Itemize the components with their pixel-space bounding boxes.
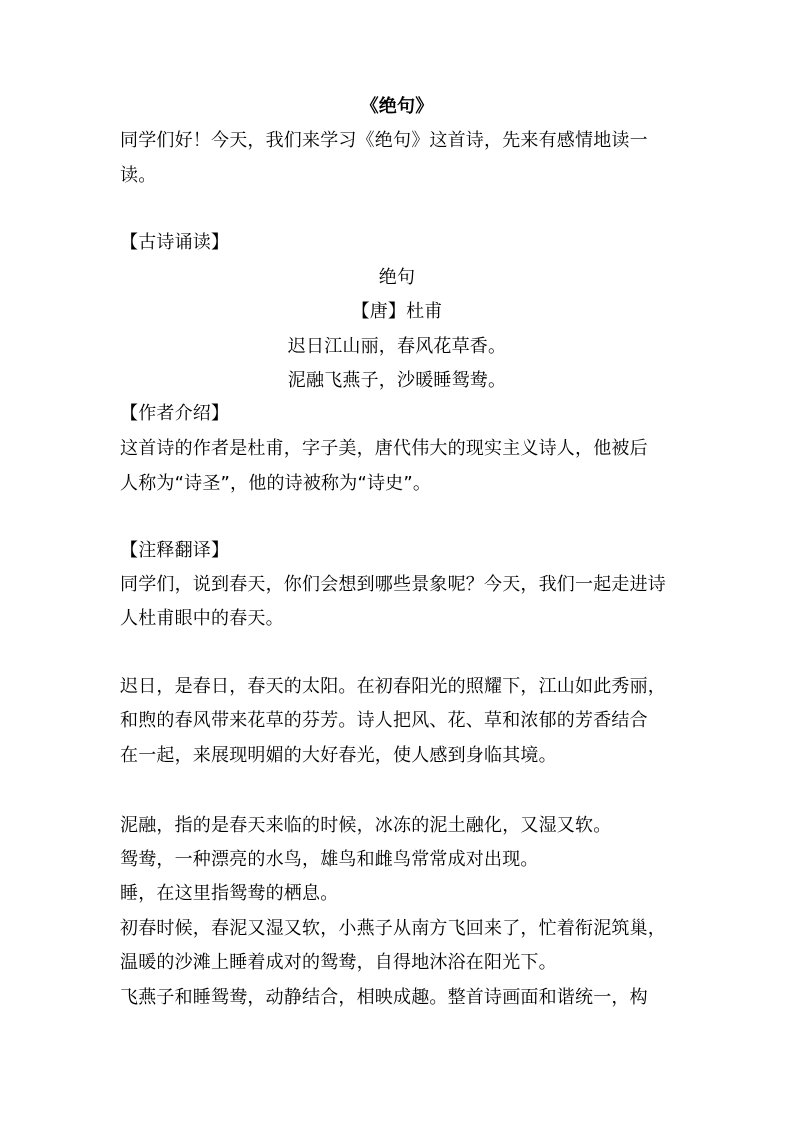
annotation-line: 迟日，是春日，春天的太阳。在初春阳光的照耀下，江山如此秀丽， (120, 675, 680, 699)
document-page: 《绝句》 同学们好！今天，我们来学习《绝句》这首诗，先来有感情地读一 读。 【古… (0, 0, 794, 1123)
document-title: 《绝句》 (0, 95, 794, 119)
intro-line: 读。 (120, 164, 680, 188)
annotation-line: 温暖的沙滩上睡着成对的鸳鸯，自得地沐浴在阳光下。 (120, 951, 680, 975)
poem-line: 泥融飞燕子，沙暖睡鸳鸯。 (0, 369, 794, 393)
section-heading-author: 【作者介绍】 (120, 402, 680, 426)
author-line: 人称为“诗圣”，他的诗被称为“诗史”。 (120, 472, 680, 496)
poem-title: 绝句 (0, 266, 794, 290)
section-heading-recitation: 【古诗诵读】 (120, 231, 680, 255)
annotation-line: 和煦的春风带来花草的芬芳。诗人把风、花、草和浓郁的芳香结合 (120, 709, 680, 733)
annotation-line: 初春时候，春泥又湿又软，小燕子从南方飞回来了，忙着衔泥筑巢， (120, 917, 680, 941)
intro-line: 同学们好！今天，我们来学习《绝句》这首诗，先来有感情地读一 (120, 129, 680, 153)
poem-author: 【唐】杜甫 (0, 300, 794, 324)
author-line: 这首诗的作者是杜甫，字子美，唐代伟大的现实主义诗人，他被后 (120, 437, 680, 461)
poem-line: 迟日江山丽，春风花草香。 (0, 335, 794, 359)
annotation-line: 在一起，来展现明媚的大好春光，使人感到身临其境。 (120, 744, 680, 768)
section-heading-annotation: 【注释翻译】 (120, 539, 680, 563)
annotation-line: 鸳鸯，一种漂亮的水鸟，雄鸟和雌鸟常常成对出现。 (120, 848, 680, 872)
annotation-line: 同学们，说到春天，你们会想到哪些景象呢？今天，我们一起走进诗 (120, 573, 680, 597)
annotation-line: 睡，在这里指鸳鸯的栖息。 (120, 882, 680, 906)
annotation-line: 飞燕子和睡鸳鸯，动静结合，相映成趣。整首诗画面和谐统一，构 (120, 986, 680, 1010)
annotation-line: 人杜甫眼中的春天。 (120, 607, 680, 631)
annotation-line: 泥融，指的是春天来临的时候，冰冻的泥土融化，又湿又软。 (120, 814, 680, 838)
